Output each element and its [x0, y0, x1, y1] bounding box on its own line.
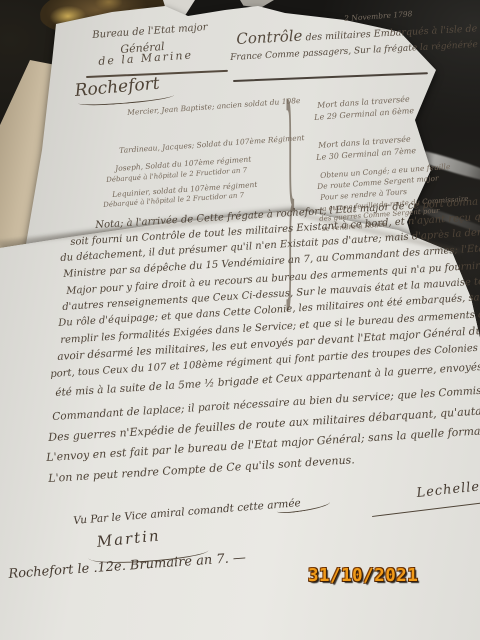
controle-word: Contrôle	[236, 27, 303, 48]
camera-timestamp: 31/10/2021	[308, 566, 418, 586]
document-photo: Bureau de l'Etat major Général de la Mar…	[0, 0, 480, 640]
column-brace: }	[284, 88, 297, 318]
